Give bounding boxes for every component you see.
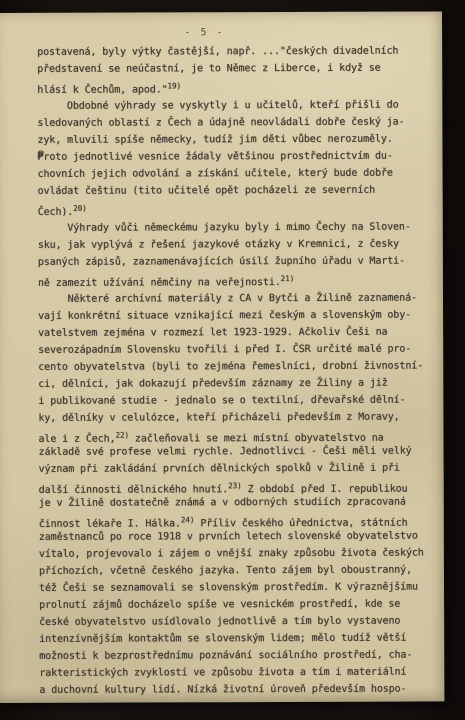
text-line: psaných zápisů, zaznamenávajících úsilí … [38,253,425,271]
text-line: vají konkrétní situace vznikající mezi č… [38,307,425,325]
text-line: ovládat češtinu (tito učitelé opět pochá… [38,182,425,200]
paragraph: Obdobné výhrady se vyskytly i u učitelů,… [37,97,424,217]
text-line: další činnosti dělnického hnutí.23) Z ob… [39,476,426,494]
page-number: - 5 - [0,23,442,42]
text-line: i publikované studie - jednalo se o text… [38,392,425,410]
text-line: možnosti k bezprostřednímu poznávání soc… [39,646,426,664]
text-line: ci, dělníci, jak dokazují především zázn… [38,375,425,393]
text-line: zaměstnanců po roce 1918 v prvních letec… [39,527,426,545]
text-line: Obdobné výhrady se vyskytly i u učitelů,… [37,97,424,115]
text-line: vítalo, projevovalo i zájem o vnější zna… [39,544,426,562]
footnote-marker: 19) [168,81,182,90]
paragraph: postavená, byly výtky častější, např. ..… [37,43,424,95]
text-line: ale i z Čech,22) začleňovali se mezi mís… [38,426,425,444]
text-line: též Češi se seznamovali se slovenským pr… [39,578,426,596]
overtyped-character: P [37,152,43,163]
footnote-marker: 20) [73,204,87,213]
text-line: Výhrady vůči německému jazyku byly i mim… [38,219,425,237]
scan-background: - 5 - postavená, byly výtky častější, na… [0,0,465,720]
text-line: cento obyvatelstva (byli to zejména řeme… [38,358,425,376]
paragraph: Výhrady vůči německému jazyku byly i mim… [38,219,425,288]
text-line: Proto jednotlivé vesnice žádaly většinou… [37,148,424,166]
text-line: činnost lékaře I. Hálka.24) Příliv české… [39,510,426,528]
text-line: postavená, byly výtky častější, např. ..… [37,43,424,61]
footnote-marker: 23) [228,481,242,490]
text-line: ky, dělníky v celulózce, kteří přicházel… [38,409,425,427]
text-line: intenzívnějším kontaktům se slovenským l… [39,629,426,647]
text-line: základě své profese velmi rychle. Jednot… [39,442,426,460]
text-line: zyk, mluvili spíše německy, tudíž jim dě… [37,131,424,149]
text-line: představení se neúčastní, je to Němec z … [37,60,424,78]
text-line: vatelstvem zejména v rozmezí let 1923-19… [38,324,425,342]
text-line: sledovaných oblastí z Čech a údajně neov… [37,114,424,132]
text-line: Některé archívní materiály z CA v Bytči … [38,290,425,308]
typewritten-text: postavená, byly výtky častější, např. ..… [0,42,444,699]
text-line: Čech).20) [38,199,425,217]
text-line: hlásí k Čechům, apod."19) [37,77,424,95]
text-line: ně zamezit užívání němčiny na veřejnosti… [38,270,425,288]
text-line: severozápadním Slovensku tvořili i před … [38,341,425,359]
text-line: je v Žilině dostatečně známá a v odborný… [39,493,426,511]
document-page: - 5 - postavená, byly výtky častější, na… [0,11,444,703]
text-line: sku, jak vyplývá z řešení jazykové otázk… [38,236,425,254]
text-line: příchozích, včetně českého jazyka. Tento… [39,561,426,579]
text-line: chovních jejich odvolání a získání učite… [38,165,425,183]
text-line: a duchovní kultury lidí. Nízká životní ú… [39,680,426,698]
footnote-marker: 22) [115,431,129,440]
text-line: význam při zakládání prvních dělnických … [39,459,426,477]
paragraph: Některé archívní materiály z CA v Bytči … [38,290,426,699]
text-line: české obyvatelstvo usídlovalo jednotlivě… [39,612,426,630]
text-line: prolnutí zájmů docházelo spíše ve vesnic… [39,595,426,613]
footnote-marker: 21) [281,274,295,283]
text-line: rakteristických zvyklostí ve způsobu živ… [39,663,426,681]
footnote-marker: 24) [181,515,195,524]
